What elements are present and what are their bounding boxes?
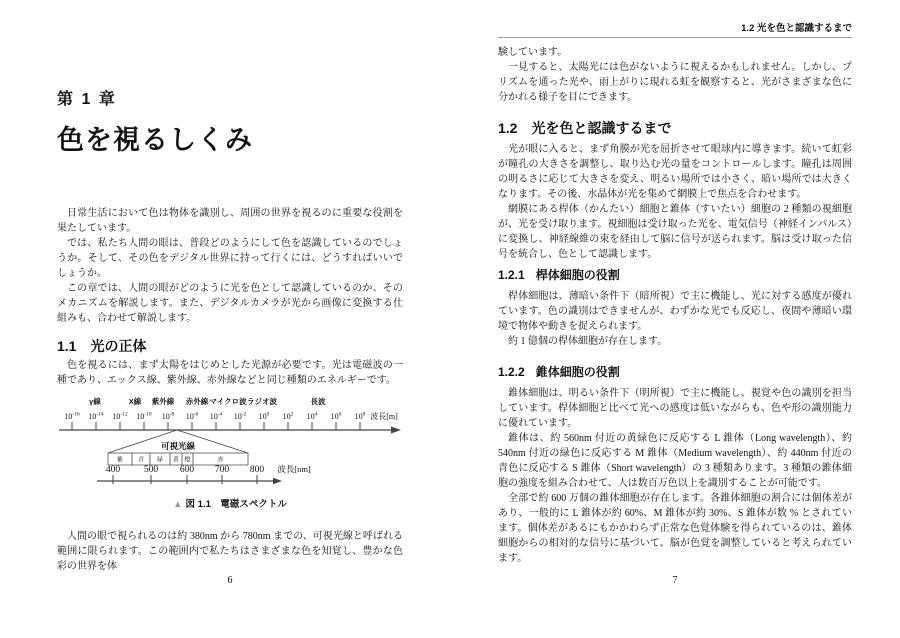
em-band-label: 紫外線 [152,396,175,406]
m-axis-tick-label: 10-4 [210,412,223,422]
subsection-heading-1-2-2: 1.2.2錐体細胞の役割 [498,363,852,380]
nm-axis-tick-label: 400 [106,465,121,475]
paragraph: 光が眼に入ると、まず角膜が光を屈折させて眼球内に導きます。続いて虹彩が瞳孔の大き… [498,142,852,202]
section-heading-1-1: 1.1光の正体 [57,336,403,356]
em-band-label: マイクロ波 [209,396,247,406]
subsection-title: 錐体細胞の役割 [536,365,620,379]
paragraph: 約 1 億個の桿体細胞が存在します。 [498,334,852,349]
subsection-number: 1.2.1 [498,268,525,282]
continuation-paragraph: 験しています。 [498,45,852,60]
chapter-title: 色を視るしくみ [57,118,403,157]
subsection-1-2-2-paragraphs: 錐体細胞は、明るい条件下（明所視）で主に機能し、視覚や色の識別を担当しています。… [498,386,852,566]
nm-axis-tick-label: 700 [215,465,230,475]
paragraph: 色を視るには、まず太陽をはじめとした光源が必要です。光は電磁波の一種であり、エッ… [57,358,403,388]
m-axis-tick-label: 108 [355,412,366,422]
book-spread: 第 1 章 色を視るしくみ 日常生活において色は物体を識別し、周囲の世界を視るの… [0,0,900,638]
m-axis-tick-label: 10-10 [136,412,152,422]
m-axis-tick-label: 10-8 [162,412,175,422]
visible-band-color-label: 橙 [184,456,190,464]
chapter-label: 第 1 章 [57,86,403,109]
em-band-label: X線 [129,396,142,406]
m-axis-tick-label: 102 [283,412,294,422]
m-axis-tick-label: 100 [259,412,270,422]
closing-paragraphs: 人間の眼で視られるのは約 380nm から 780nm までの、可視光線と呼ばれ… [57,529,403,574]
visible-light-label: 可視光線 [161,441,196,451]
m-axis-tick-label: 10-12 [112,412,128,422]
paragraph: では、私たち人間の眼は、普段どのようにして色を認識しているのでしょうか。そして、… [57,236,403,281]
em-band-label: 赤外線 [186,396,209,406]
page-top-paragraphs: 験しています。 一見すると、太陽光には色がないように視えるかもしれません。しかし… [498,45,852,105]
chapter-intro-paragraphs: 日常生活において色は物体を識別し、周囲の世界を視るのに重要な役割を果たしています… [57,206,403,326]
m-axis-tick-label: 10-2 [234,412,247,422]
section-title: 光を色と認識するまで [531,120,671,136]
nm-axis-unit-label: 波長[nm] [277,464,311,474]
lead-paragraph: 一見すると、太陽光には色がないように視えるかもしれません。しかし、プリズムを通っ… [498,60,852,105]
m-axis-tick-label: 10-14 [88,412,104,422]
page-number-left: 6 [57,575,403,586]
visible-band-color-label: 緑 [157,456,163,464]
subsection-title: 桿体細胞の役割 [536,268,620,282]
nm-axis-tick-label: 600 [180,465,195,475]
section-heading-1-2: 1.2光を色と認識するまで [498,118,852,138]
page-number-right: 7 [498,575,852,586]
m-axis-tick-label: 10-6 [186,412,199,422]
section-number: 1.1 [57,338,76,354]
paragraph: 桿体細胞は、薄暗い条件下（暗所視）で主に機能し、光に対する感度が優れています。色… [498,289,852,334]
subsection-1-2-1-paragraphs: 桿体細胞は、薄暗い条件下（暗所視）で主に機能し、光に対する感度が優れています。色… [498,289,852,349]
subsection-number: 1.2.2 [498,365,525,379]
m-axis-arrow-icon [391,427,401,434]
paragraph: 人間の眼で視られるのは約 380nm から 780nm までの、可視光線と呼ばれ… [57,529,403,574]
figure-caption: ▲図 1.1 電磁スペクトル [57,496,403,510]
nm-axis-tick-label: 500 [144,465,159,475]
section-1-2-paragraphs: 光が眼に入ると、まず角膜が光を屈折させて眼球内に導きます。続いて虹彩が瞳孔の大き… [498,142,852,262]
paragraph: 錐体細胞は、明るい条件下（明所視）で主に機能し、視覚や色の識別を担当しています。… [498,386,852,431]
em-band-label: 長波 [311,396,326,406]
visible-band-color-label: 赤 [217,456,224,464]
section-title: 光の正体 [90,338,146,354]
m-axis-tick-label: 104 [307,412,318,422]
em-band-label: ラジオ波 [247,396,277,406]
figure-caption-text: 図 1.1 電磁スペクトル [186,499,287,510]
em-band-label: γ線 [89,396,101,406]
paragraph: 網膜にある桿体（かんたい）細胞と錐体（すいたい）細胞の 2 種類の視細胞が、光を… [498,202,852,262]
figure-electromagnetic-spectrum: γ線X線紫外線赤外線マイクロ波ラジオ波長波10-1610-1410-1210-1… [57,391,403,495]
subsection-heading-1-2-1: 1.2.1桿体細胞の役割 [498,266,852,283]
paragraph: 全部で約 600 万個の錐体細胞が存在します。各錐体細胞の割合には個体差があり、… [498,491,852,566]
section-1-1-paragraphs: 色を視るには、まず太陽をはじめとした光源が必要です。光は電磁波の一種であり、エッ… [57,358,403,388]
running-header: 1.2 光を色と認識するまで [498,20,852,38]
figure-caption-marker-icon: ▲ [173,499,182,510]
m-axis-unit-label: 波長[m] [370,411,398,421]
visible-band-color-label: 紫 [117,456,123,464]
m-axis-tick-label: 10-16 [64,412,80,422]
nm-axis-arrow-icon [273,478,282,484]
paragraph: この章では、人間の眼がどのように光を色として認識しているのか、そのメカニズムを解… [57,281,403,326]
m-axis-tick-label: 106 [331,412,342,422]
paragraph: 錐体は、約 560nm 付近の黄緑色に反応する L 錐体（Long wavele… [498,431,852,491]
nm-axis-tick-label: 800 [250,465,265,475]
visible-band-color-label: 青 [138,456,144,464]
visible-band-color-label: 黄 [173,456,180,464]
paragraph: 日常生活において色は物体を識別し、周囲の世界を視るのに重要な役割を果たしています… [57,206,403,236]
section-number: 1.2 [498,120,517,136]
